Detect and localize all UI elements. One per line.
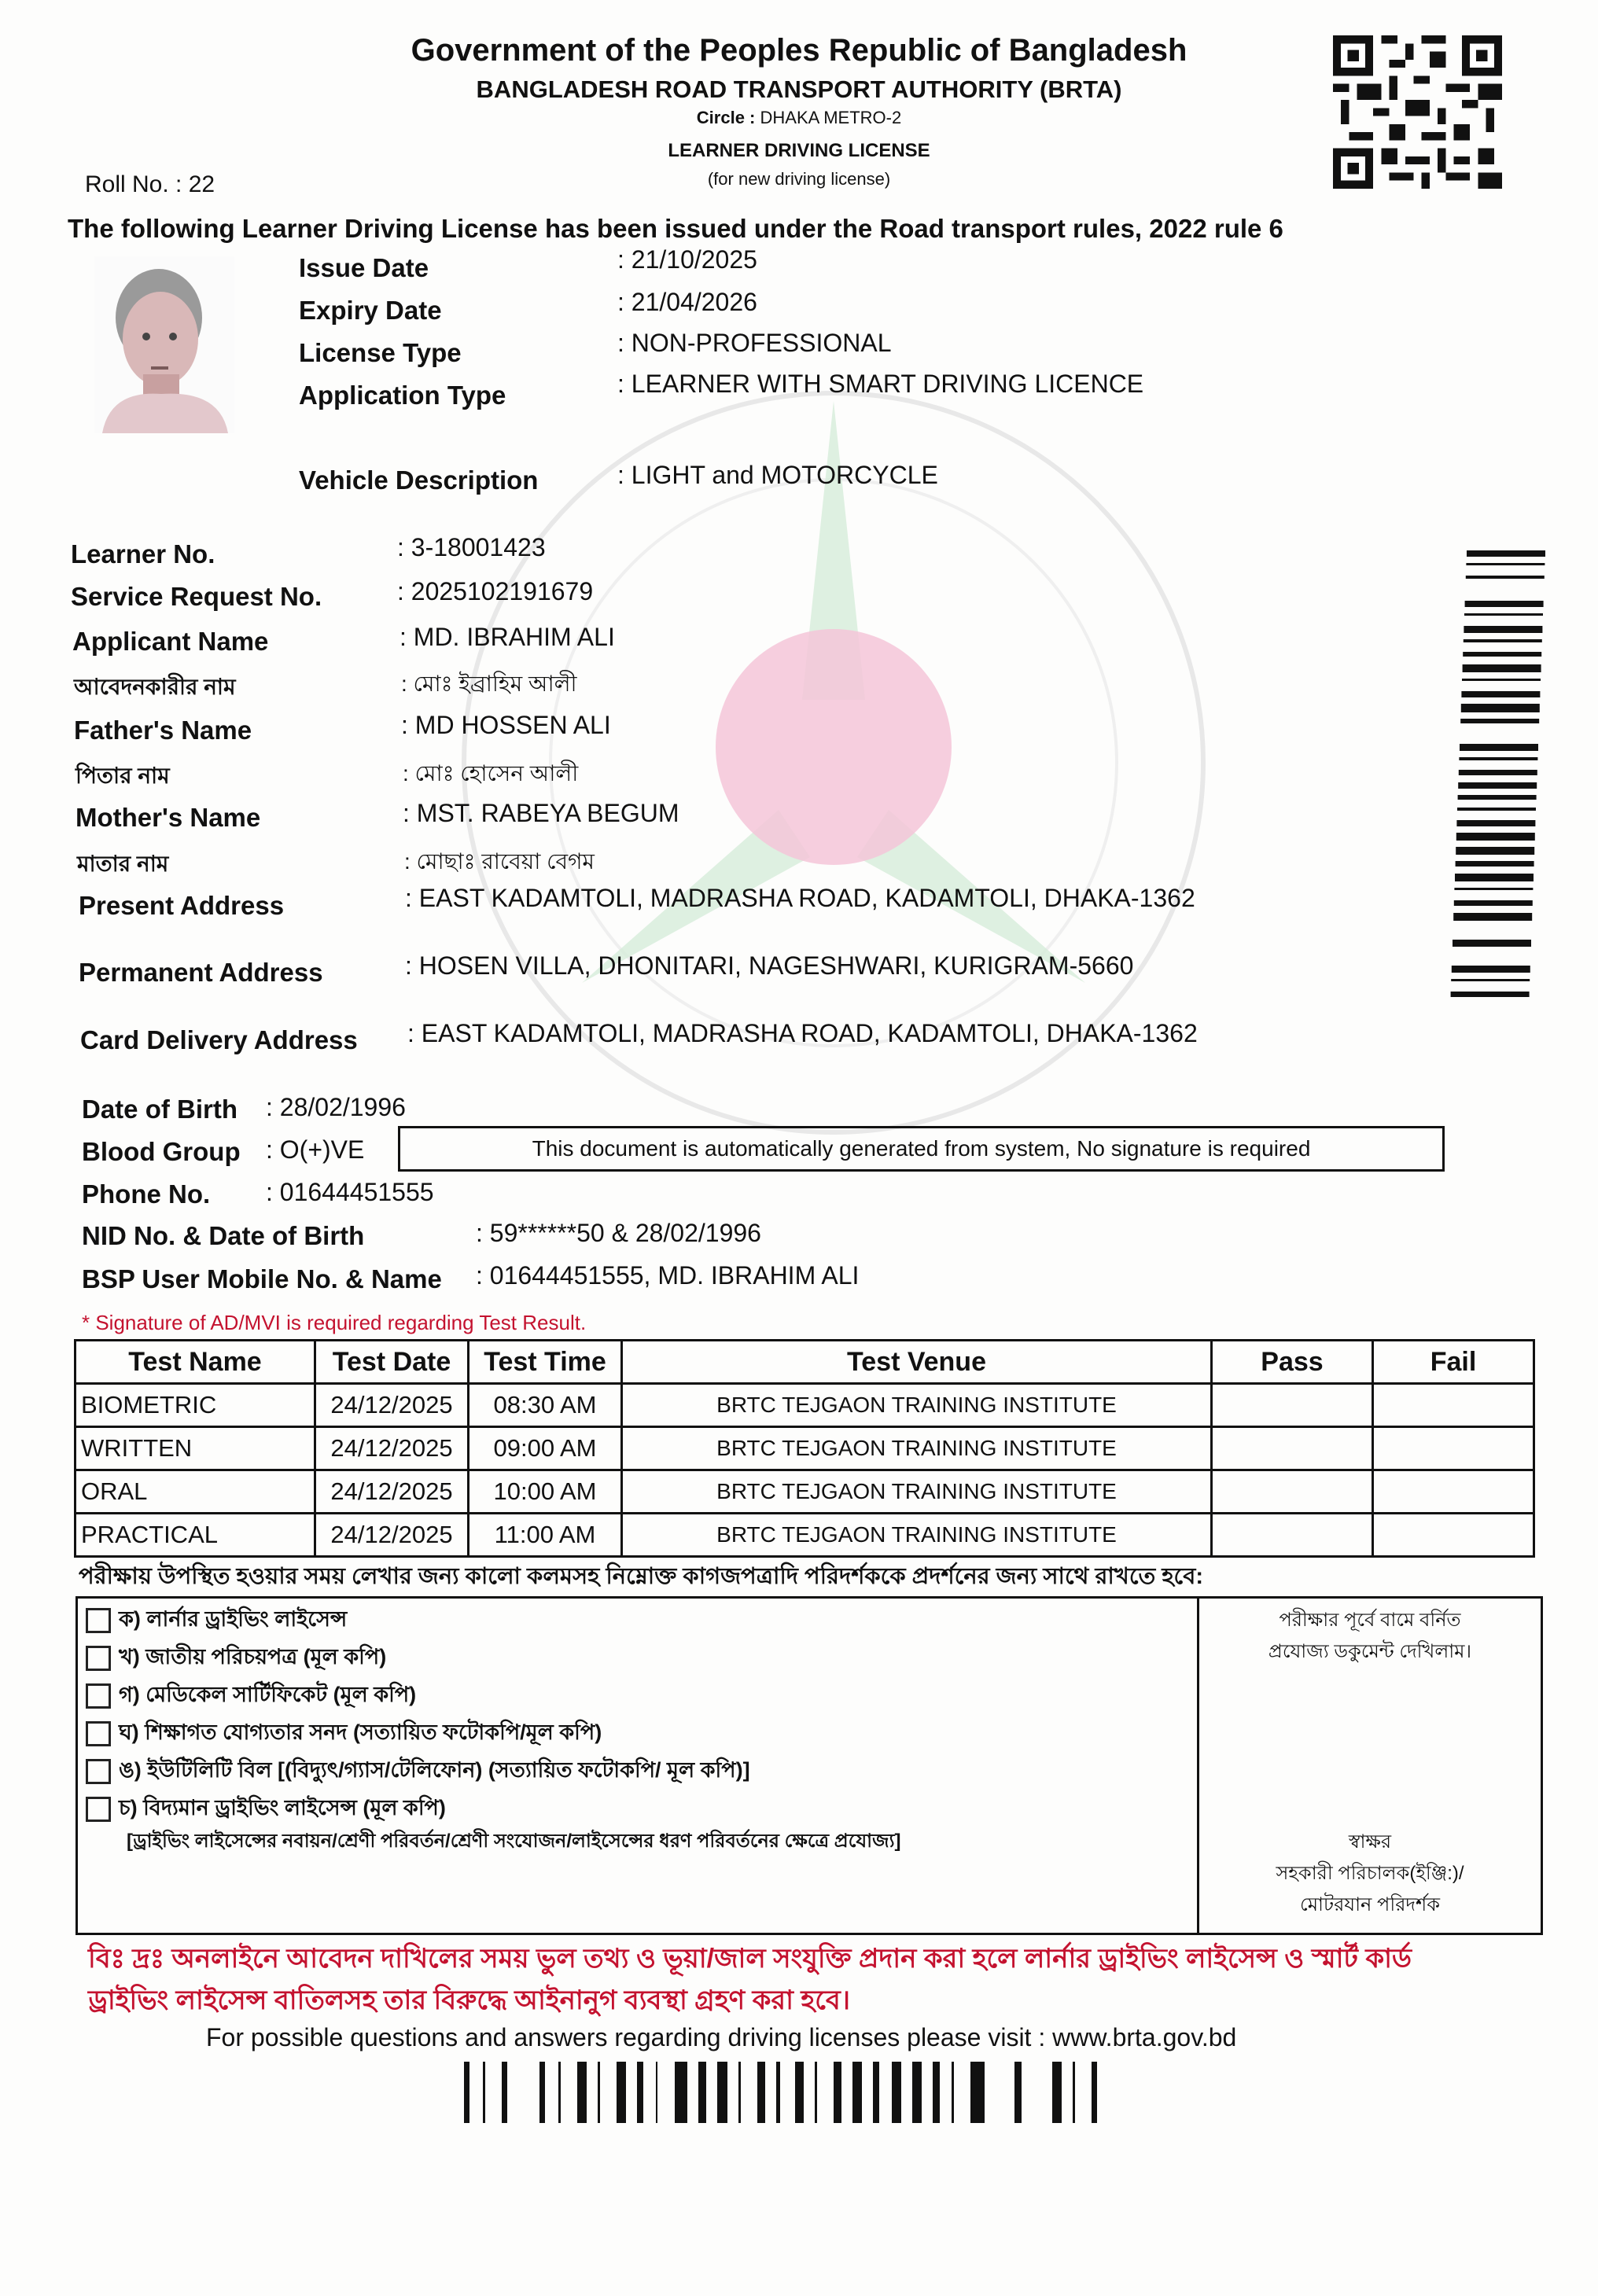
present-address-value: : EAST KADAMTOLI, MADRASHA ROAD, KADAMTO…	[405, 884, 1195, 913]
document-item-label: খ) জাতীয় পরিচয়পত্র (মূল কপি)	[119, 1645, 386, 1669]
auto-generated-notice: This document is automatically generated…	[398, 1126, 1445, 1172]
service-request-label: Service Request No.	[71, 582, 322, 612]
roll-label: Roll No.	[85, 171, 169, 197]
signature-block: স্বাক্ষর সহকারী পরিচালক(ইঞ্জি:)/ মোটরযান…	[1199, 1827, 1541, 1921]
applicant-photo	[94, 256, 234, 433]
warning-line-2: ড্রাইভিং লাইসেন্স বাতিলসহ তার বিরুদ্ধে আ…	[88, 1980, 850, 2025]
document-item-label: ঘ) শিক্ষাগত যোগ্যতার সনদ (সত্যায়িত ফটোক…	[119, 1720, 602, 1744]
phone-label: Phone No.	[82, 1179, 210, 1209]
test-venue-cell: BRTC TEJGAON TRAINING INSTITUTE	[622, 1427, 1212, 1470]
test-name-cell: PRACTICAL	[75, 1514, 315, 1557]
checkbox[interactable]	[86, 1646, 111, 1671]
circle-label: Circle :	[697, 108, 756, 127]
roll-value: : 22	[175, 171, 215, 197]
license-type-label: License Type	[299, 338, 462, 368]
document-checklist-item: ঘ) শিক্ষাগত যোগ্যতার সনদ (সত্যায়িত ফটোক…	[86, 1713, 750, 1751]
checkbox[interactable]	[86, 1797, 111, 1822]
col-test-name: Test Name	[75, 1341, 315, 1384]
checkbox[interactable]	[86, 1683, 111, 1709]
nid-dob-value: : 59******50 & 28/02/1996	[476, 1219, 761, 1248]
document-checklist-item: গ) মেডিকেল সার্টিফিকেট (মূল কপি)	[86, 1676, 750, 1713]
fail-cell[interactable]	[1373, 1427, 1534, 1470]
fail-cell[interactable]	[1373, 1384, 1534, 1427]
circle-value: DHAKA METRO-2	[760, 108, 902, 127]
test-date-cell: 24/12/2025	[315, 1384, 469, 1427]
test-venue-cell: BRTC TEJGAON TRAINING INSTITUTE	[622, 1470, 1212, 1514]
present-address-label: Present Address	[79, 891, 284, 921]
footer-visit-text: For possible questions and answers regar…	[206, 2023, 1045, 2051]
table-row: BIOMETRIC24/12/202508:30 AMBRTC TEJGAON …	[75, 1384, 1534, 1427]
checkbox[interactable]	[86, 1721, 111, 1746]
document-checklist-item: ঙ) ইউটিলিটি বিল [(বিদ্যুৎ/গ্যাস/টেলিফোন)…	[86, 1751, 750, 1789]
signature-note: * Signature of AD/MVI is required regard…	[82, 1311, 586, 1335]
mother-name-bn-label: মাতার নাম	[77, 847, 168, 884]
fail-cell[interactable]	[1373, 1514, 1534, 1557]
expiry-date-label: Expiry Date	[299, 296, 442, 326]
issued-statement: The following Learner Driving License ha…	[68, 214, 1283, 244]
qr-code-icon	[1333, 35, 1502, 189]
documents-box: ক) লার্নার ড্রাইভিং লাইসেন্সখ) জাতীয় পর…	[75, 1596, 1543, 1935]
document-checklist-item: ক) লার্নার ড্রাইভিং লাইসেন্স	[86, 1600, 750, 1638]
father-name-label: Father's Name	[74, 716, 252, 745]
checkbox[interactable]	[86, 1608, 111, 1633]
asterisk-icon: *	[82, 1311, 95, 1334]
blood-group-label: Blood Group	[82, 1137, 241, 1167]
father-name-value: : MD HOSSEN ALI	[401, 711, 611, 740]
bsp-user-label: BSP User Mobile No. & Name	[82, 1264, 442, 1294]
signature-title-1: সহকারী পরিচালক(ইঞ্জি:)/	[1199, 1858, 1541, 1889]
document-item-label: ঙ) ইউটিলিটি বিল [(বিদ্যুৎ/গ্যাস/টেলিফোন)…	[119, 1758, 750, 1782]
applicant-name-value: : MD. IBRAHIM ALI	[399, 623, 615, 652]
permanent-address-value: : HOSEN VILLA, DHONITARI, NAGESHWARI, KU…	[405, 951, 1133, 981]
website-link[interactable]: www.brta.gov.bd	[1052, 2023, 1236, 2051]
warning-line-1: বিঃ দ্রঃ অনলাইনে আবেদন দাখিলের সময় ভুল …	[88, 1938, 1412, 1983]
issue-date-label: Issue Date	[299, 253, 429, 283]
license-type-value: : NON-PROFESSIONAL	[617, 329, 892, 358]
vehicle-description-value: : LIGHT and MOTORCYCLE	[617, 461, 938, 490]
learner-no-label: Learner No.	[71, 539, 215, 569]
documents-instruction: পরীক্ষায় উপস্থিত হওয়ার সময় লেখার জন্য…	[79, 1558, 1203, 1597]
mother-name-bn-value: : মোছাঃ রাবেয়া বেগম	[404, 844, 595, 881]
dob-label: Date of Birth	[82, 1095, 237, 1124]
signature-note-text: Signature of AD/MVI is required regardin…	[95, 1311, 586, 1334]
col-fail: Fail	[1373, 1341, 1534, 1384]
test-venue-cell: BRTC TEJGAON TRAINING INSTITUTE	[622, 1514, 1212, 1557]
bsp-user-value: : 01644451555, MD. IBRAHIM ALI	[476, 1261, 859, 1290]
test-name-cell: ORAL	[75, 1470, 315, 1514]
pass-cell[interactable]	[1212, 1470, 1373, 1514]
col-test-date: Test Date	[315, 1341, 469, 1384]
tests-table: Test Name Test Date Test Time Test Venue…	[74, 1339, 1535, 1558]
document-checklist-item: চ) বিদ্যমান ড্রাইভিং লাইসেন্স (মূল কপি)	[86, 1789, 750, 1827]
phone-value: : 01644451555	[266, 1178, 434, 1207]
document-item-label: চ) বিদ্যমান ড্রাইভিং লাইসেন্স (মূল কপি)	[119, 1796, 446, 1820]
expiry-date-value: : 21/04/2026	[617, 288, 757, 317]
pass-cell[interactable]	[1212, 1427, 1373, 1470]
col-test-time: Test Time	[469, 1341, 622, 1384]
service-request-value: : 2025102191679	[397, 577, 593, 606]
permanent-address-label: Permanent Address	[79, 958, 323, 988]
checkbox[interactable]	[86, 1759, 111, 1784]
verification-block: পরীক্ষার পূর্বে বামে বর্নিত প্রযোজ্য ডকু…	[1199, 1605, 1541, 1668]
documents-footnote: [ড্রাইভিং লাইসেন্সের নবায়ন/শ্রেণী পরিবর…	[127, 1827, 901, 1858]
mother-name-label: Mother's Name	[75, 803, 260, 833]
pass-cell[interactable]	[1212, 1514, 1373, 1557]
blood-group-value: : O(+)VE	[266, 1135, 364, 1165]
documents-checklist: ক) লার্নার ড্রাইভিং লাইসেন্সখ) জাতীয় পর…	[86, 1600, 750, 1827]
pass-cell[interactable]	[1212, 1384, 1373, 1427]
roll-number: Roll No. : 22	[85, 171, 215, 198]
document-checklist-item: খ) জাতীয় পরিচয়পত্র (মূল কপি)	[86, 1638, 750, 1676]
col-test-venue: Test Venue	[622, 1341, 1212, 1384]
test-date-cell: 24/12/2025	[315, 1514, 469, 1557]
signature-title-2: মোটরযান পরিদর্শক	[1199, 1889, 1541, 1921]
document-item-label: ক) লার্নার ড্রাইভিং লাইসেন্স	[119, 1607, 347, 1631]
test-name-cell: WRITTEN	[75, 1427, 315, 1470]
table-row: ORAL24/12/202510:00 AMBRTC TEJGAON TRAIN…	[75, 1470, 1534, 1514]
test-name-cell: BIOMETRIC	[75, 1384, 315, 1427]
nid-dob-label: NID No. & Date of Birth	[82, 1221, 364, 1251]
applicant-name-label: Applicant Name	[72, 627, 268, 657]
dob-value: : 28/02/1996	[266, 1093, 406, 1122]
applicant-name-bn-label: আবেদনকারীর নাম	[74, 670, 236, 707]
issue-date-value: : 21/10/2025	[617, 245, 757, 274]
fail-cell[interactable]	[1373, 1470, 1534, 1514]
verify-line-1: পরীক্ষার পূর্বে বামে বর্নিত	[1199, 1605, 1541, 1636]
test-time-cell: 09:00 AM	[469, 1427, 622, 1470]
application-type-value: : LEARNER WITH SMART DRIVING LICENCE	[617, 370, 1143, 399]
table-row: PRACTICAL24/12/202511:00 AMBRTC TEJGAON …	[75, 1514, 1534, 1557]
test-time-cell: 08:30 AM	[469, 1384, 622, 1427]
barcode-icon	[1443, 550, 1549, 1085]
signature-label: স্বাক্ষর	[1199, 1827, 1541, 1858]
card-delivery-address-value: : EAST KADAMTOLI, MADRASHA ROAD, KADAMTO…	[407, 1019, 1198, 1048]
mother-name-value: : MST. RABEYA BEGUM	[403, 799, 679, 828]
learner-no-value: : 3-18001423	[397, 533, 546, 562]
father-name-bn-label: পিতার নাম	[75, 759, 170, 796]
test-time-cell: 10:00 AM	[469, 1470, 622, 1514]
vehicle-description-label: Vehicle Description	[299, 465, 538, 495]
test-date-cell: 24/12/2025	[315, 1427, 469, 1470]
barcode-icon	[464, 2062, 1180, 2125]
card-delivery-address-label: Card Delivery Address	[80, 1025, 358, 1055]
applicant-name-bn-value: : মোঃ ইব্রাহিম আলী	[401, 667, 576, 704]
document-item-label: গ) মেডিকেল সার্টিফিকেট (মূল কপি)	[119, 1683, 416, 1706]
application-type-label: Application Type	[299, 381, 506, 410]
table-row: WRITTEN24/12/202509:00 AMBRTC TEJGAON TR…	[75, 1427, 1534, 1470]
test-venue-cell: BRTC TEJGAON TRAINING INSTITUTE	[622, 1384, 1212, 1427]
test-date-cell: 24/12/2025	[315, 1470, 469, 1514]
verify-line-2: প্রযোজ্য ডকুমেন্ট দেখিলাম।	[1199, 1636, 1541, 1668]
father-name-bn-value: : মোঃ হোসেন আলী	[403, 756, 578, 793]
test-time-cell: 11:00 AM	[469, 1514, 622, 1557]
col-pass: Pass	[1212, 1341, 1373, 1384]
footer-visit: For possible questions and answers regar…	[206, 2023, 1236, 2052]
